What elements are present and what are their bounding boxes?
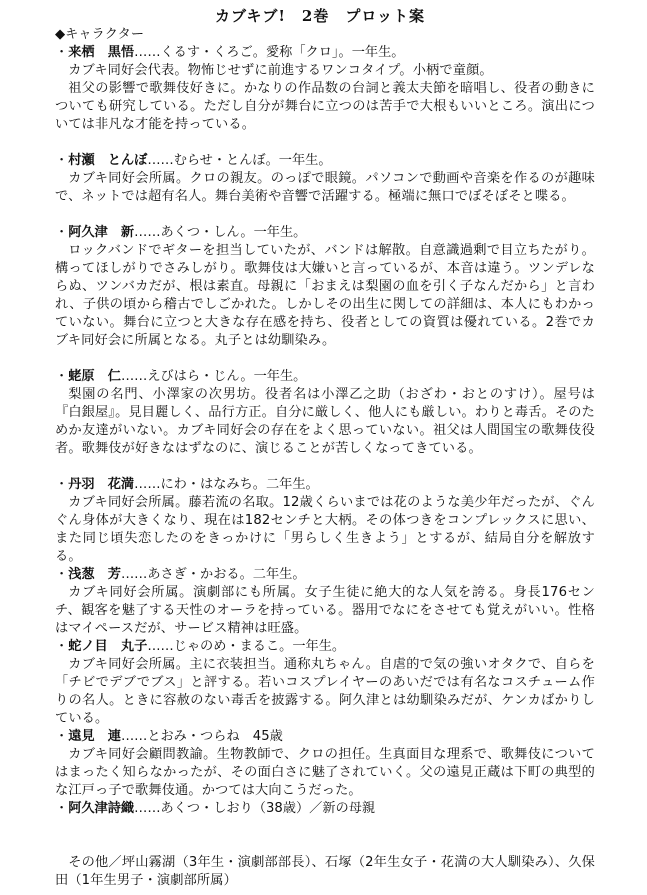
character-name: 阿久津詩織	[68, 801, 134, 816]
character-heading: ・阿久津 新……あくつ・しん。一年生。	[55, 224, 595, 242]
character-heading: ・来栖 黒悟……くるす・くろご。愛称「クロ」。一年生。	[55, 44, 595, 62]
character-reading: ……とおみ・つらね 45歳	[121, 729, 283, 744]
spacer	[55, 134, 595, 152]
character-description: カブキ同好会所属。藤若流の名取。12歳くらいまでは花のような美少年だったが、ぐん…	[55, 494, 595, 566]
character-description: カブキ同好会顧問教諭。生物教師で、クロの担任。生真面目な理系で、歌舞伎については…	[55, 746, 595, 800]
character-reading: ……あさぎ・かおる。二年生。	[121, 567, 306, 582]
spacer	[55, 458, 595, 476]
character-heading: ・遠見 連……とおみ・つらね 45歳	[55, 728, 595, 746]
character-name: 蛇ノ目 丸子	[68, 639, 147, 654]
character-description: カブキ同好会所属。主に衣装担当。通称丸ちゃん。自虐的で気の強いオタクで、自らを「…	[55, 656, 595, 728]
section-heading: ◆キャラクター	[55, 26, 595, 44]
character-reading: ……じゃのめ・まるこ。一年生。	[147, 639, 345, 654]
character-entry-niwa: ・丹羽 花満……にわ・はなみち。二年生。 カブキ同好会所属。藤若流の名取。12歳…	[55, 476, 595, 566]
character-entry-asagi: ・浅葱 芳……あさぎ・かおる。二年生。 カブキ同好会所属。演劇部にも所属。女子生…	[55, 566, 595, 638]
character-description: ロックバンドでギターを担当していたが、バンドは解散。自意識過剰で目立ちたがり。構…	[55, 242, 595, 350]
spacer	[55, 206, 595, 224]
character-name: 遠見 連	[68, 729, 121, 744]
document-title: カブキブ! 2巻 プロット案	[45, 6, 595, 26]
character-entry-ebihara: ・蛯原 仁……えびはら・じん。一年生。 梨園の名門、小澤家の次男坊。役者名は小澤…	[55, 368, 595, 458]
spacer	[55, 836, 595, 854]
character-reading: ……あくつ・しおり（38歳）／新の母親	[134, 801, 375, 816]
character-description: カブキ同好会所属。演劇部にも所属。女子生徒に絶大的な人気を誇る。身長176センチ…	[55, 584, 595, 638]
character-entry-akutsu: ・阿久津 新……あくつ・しん。一年生。 ロックバンドでギターを担当していたが、バ…	[55, 224, 595, 350]
character-description: カブキ同好会所属。クロの親友。のっぽで眼鏡。パソコンで動画や音楽を作るのが趣味で…	[55, 170, 595, 206]
character-entry-kurusu: ・来栖 黒悟……くるす・くろご。愛称「クロ」。一年生。 カブキ同好会代表。物怖じ…	[55, 44, 595, 134]
character-heading: ・蛯原 仁……えびはら・じん。一年生。	[55, 368, 595, 386]
character-reading: ……にわ・はなみち。二年生。	[134, 477, 319, 492]
character-name: 浅葱 芳	[68, 567, 121, 582]
other-characters: その他／坪山霧湖（3年生・演劇部部長）、石塚（2年生女子・花満の大人馴染み）、久…	[55, 854, 595, 890]
character-reading: ……あくつ・しん。一年生。	[134, 225, 306, 240]
character-reading: ……えびはら・じん。一年生。	[121, 369, 306, 384]
character-reading: ……くるす・くろご。愛称「クロ」。一年生。	[134, 45, 404, 60]
character-heading: ・丹羽 花満……にわ・はなみち。二年生。	[55, 476, 595, 494]
character-description: 祖父の影響で歌舞伎好きに。かなりの作品数の台詞と義太夫節を暗唱し、役者の動きにつ…	[55, 80, 595, 134]
character-entry-murase: ・村瀬 とんぼ……むらせ・とんぼ。一年生。 カブキ同好会所属。クロの親友。のっぽ…	[55, 152, 595, 206]
character-name: 蛯原 仁	[68, 369, 121, 384]
character-heading: ・阿久津詩織……あくつ・しおり（38歳）／新の母親	[55, 800, 595, 818]
character-heading: ・蛇ノ目 丸子……じゃのめ・まるこ。一年生。	[55, 638, 595, 656]
character-entry-janome: ・蛇ノ目 丸子……じゃのめ・まるこ。一年生。 カブキ同好会所属。主に衣装担当。通…	[55, 638, 595, 728]
character-name: 村瀬 とんぼ	[68, 153, 147, 168]
character-heading: ・浅葱 芳……あさぎ・かおる。二年生。	[55, 566, 595, 584]
document-page: カブキブ! 2巻 プロット案 ◆キャラクター ・来栖 黒悟……くるす・くろご。愛…	[55, 6, 595, 890]
character-heading: ・村瀬 とんぼ……むらせ・とんぼ。一年生。	[55, 152, 595, 170]
spacer	[55, 350, 595, 368]
character-name: 来栖 黒悟	[68, 45, 134, 60]
character-name: 阿久津 新	[68, 225, 134, 240]
character-entry-toomi: ・遠見 連……とおみ・つらね 45歳 カブキ同好会顧問教諭。生物教師で、クロの担…	[55, 728, 595, 800]
spacer	[55, 818, 595, 836]
character-description: 梨園の名門、小澤家の次男坊。役者名は小澤乙之助（おざわ・おとのすけ）。屋号は『白…	[55, 386, 595, 458]
character-reading: ……むらせ・とんぼ。一年生。	[147, 153, 331, 168]
character-description: カブキ同好会代表。物怖じせずに前進するワンコタイプ。小柄で童顔。	[55, 62, 595, 80]
character-name: 丹羽 花満	[68, 477, 134, 492]
character-entry-akutsu-shiori: ・阿久津詩織……あくつ・しおり（38歳）／新の母親	[55, 800, 595, 818]
